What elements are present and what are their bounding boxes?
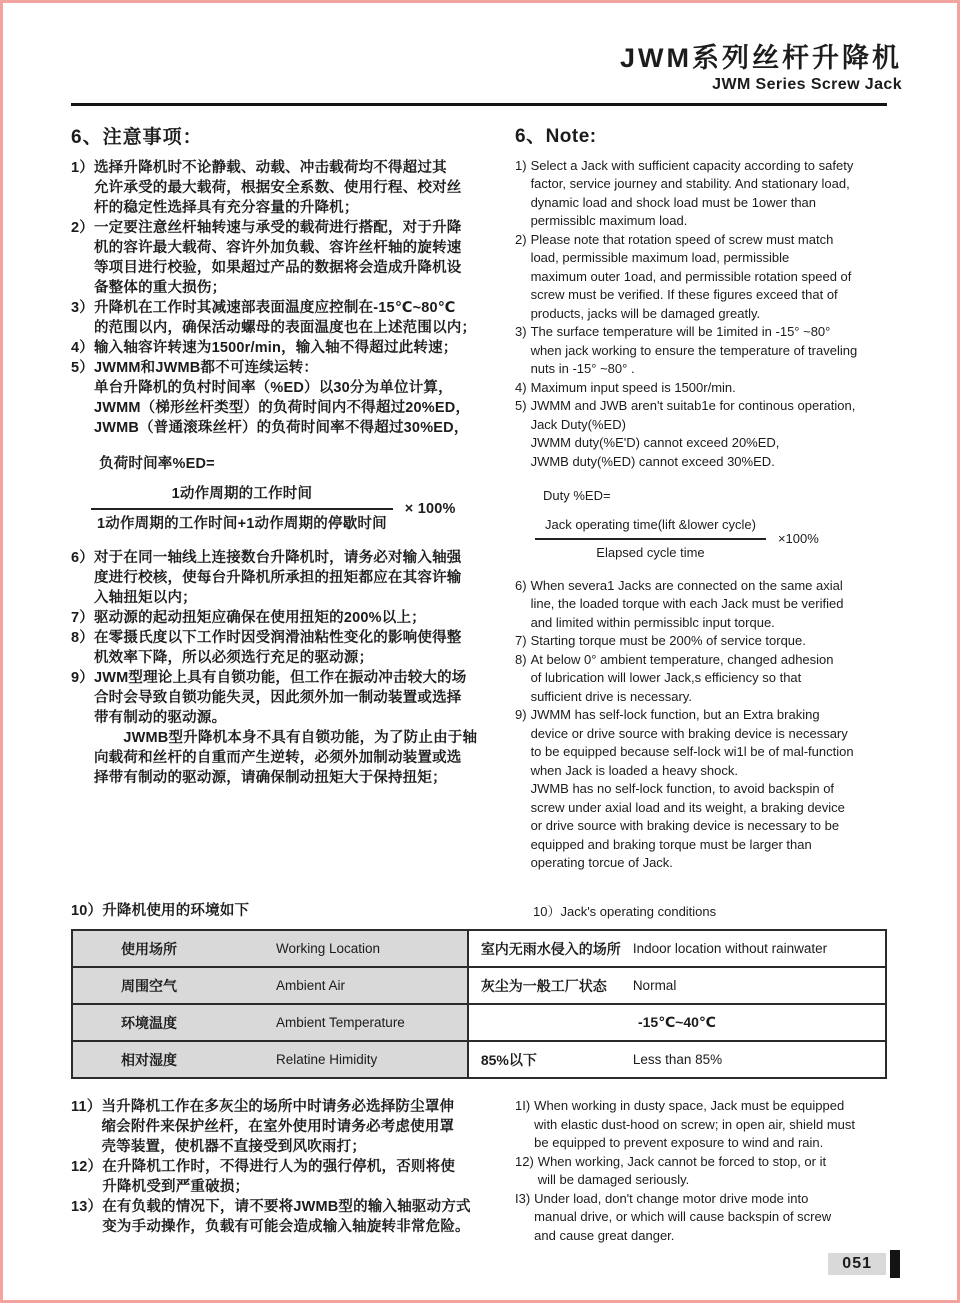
item-number: 5） [71,358,94,378]
item-text: 在零摄氏度以下工作时因受润滑油粘性变化的影响使得整 机效率下降，所以必须选行充足… [94,628,462,668]
table-caption-en: 10）Jack's operating conditions [533,889,902,930]
table-caption-zh: 10）升降机使用的环境如下 [71,887,481,929]
duty-formula-zh: 负荷时间率%ED= 1动作周期的工作时间 1动作周期的工作时间+1动作周期的停歇… [71,454,481,534]
document-page: JWM系列丝杆升降机 JWM Series Screw Jack 6、注意事项：… [0,0,960,1303]
item-text: When severa1 Jacks are connected on the … [531,577,844,633]
item-number: 3） [71,298,94,318]
section-heading-en: 6、Note: [515,128,902,147]
item-text: JWMM and JWB aren't suitab1e for contino… [531,397,856,471]
item-number: 4） [71,338,94,358]
item-number: 9） [71,668,94,688]
section-heading-zh: 6、注意事项： [71,128,481,148]
note-item-zh-6: 6）对于在同一轴线上连接数台升降机时，请务必对输入轴强 度进行校核，使每台升降机… [71,548,481,608]
value-zh: 室内无雨水侵入的场所 [481,939,633,959]
row-value-cell: 85%以下 Less than 85% [469,1042,885,1077]
notes-section-en: 6、Note: 1)Select a Jack with sufficient … [515,126,902,929]
row-label-cell: 相对湿度 Relatine Himidity [73,1042,469,1077]
item-number: 2） [71,218,94,238]
item-number: 9) [515,706,527,725]
fraction-denominator: 1动作周期的工作时间+1动作周期的停歇时间 [91,508,393,534]
item-text: At below 0° ambient temperature, changed… [531,651,834,707]
note-item-zh-11: 11）当升降机工作在多灰尘的场所中时请务必选择防尘罩伸 缩会附件来保护丝杆，在室… [71,1097,481,1157]
value-center: -15℃~40℃ [638,1014,716,1031]
note-item-zh-8: 8）在零摄氏度以下工作时因受润滑油粘性变化的影响使得整 机效率下降，所以必须选行… [71,628,481,668]
row-label-cell: 使用场所 Working Location [73,931,469,966]
fraction: Jack operating time(lift &lower cycle) E… [535,516,766,563]
item-text: Starting torque must be 200% of service … [531,632,806,651]
note-item-zh-3: 3）升降机在工作时其减速部表面温度应控制在-15℃~80℃ 的范围以内，确保活动… [71,298,481,338]
value-en: Indoor location without rainwater [633,941,827,956]
value-en: Normal [633,978,677,993]
label-zh: 使用场所 [121,939,276,959]
duty-formula-en: Duty %ED= Jack operating time(lift &lowe… [515,487,902,563]
operating-conditions-table: 使用场所 Working Location 室内无雨水侵入的场所 Indoor … [71,929,887,1079]
value-zh: 85%以下 [481,1050,633,1070]
table-row-relative-humidity: 相对湿度 Relatine Himidity 85%以下 Less than 8… [73,1042,885,1077]
note-item-en-13: I3)Under load, don't change motor drive … [515,1190,902,1246]
item-text: Select a Jack with sufficient capacity a… [531,157,854,231]
note-item-en-7: 7)Starting torque must be 200% of servic… [515,632,902,651]
row-value-cell: 灰尘为一般工厂状态 Normal [469,968,885,1003]
note-item-zh-13: 13）在有负载的情况下，请不要将JWMB型的输入轴驱动方式 变为手动操作，负载有… [71,1197,481,1237]
item-text: 选择升降机时不论静载、动载、冲击载荷均不得超过其 允许承受的最大载荷，根据安全系… [94,158,462,218]
label-zh: 相对湿度 [121,1050,276,1070]
note-item-en-5: 5)JWMM and JWB aren't suitab1e for conti… [515,397,902,471]
bottom-notes-en: 1I)When working in dusty space, Jack mus… [515,1097,902,1245]
note-item-en-6: 6)When severa1 Jacks are connected on th… [515,577,902,633]
note-item-en-1: 1)Select a Jack with sufficient capacity… [515,157,902,231]
page-title-zh: JWM系列丝杆升降机 [71,43,902,73]
item-number: 8) [515,651,527,670]
item-text: The surface temperature will be 1imited … [531,323,858,379]
item-number: 6) [515,577,527,596]
page-footer: 051 [828,1250,900,1278]
note-item-en-8: 8)At below 0° ambient temperature, chang… [515,651,902,707]
label-en: Ambient Temperature [276,1015,405,1030]
fraction-denominator: Elapsed cycle time [535,538,766,563]
formula-multiplier: × 100% [405,499,456,519]
note-item-zh-2: 2）一定要注意丝杆轴转速与承受的载荷进行搭配，对于升降 机的容许最大载荷、容许外… [71,218,481,298]
item-text: 对于在同一轴线上连接数台升降机时，请务必对输入轴强 度进行校核，使每台升降机所承… [94,548,462,608]
item-number: 4) [515,379,527,398]
label-en: Ambient Air [276,978,345,993]
item-number: 12) [515,1153,534,1172]
formula-label: Duty %ED= [543,487,902,506]
item-number: 12） [71,1157,102,1177]
note-item-en-4: 4)Maximum input speed is 1500r/min. [515,379,902,398]
item-number: 5) [515,397,527,416]
item-number: 11） [71,1097,101,1117]
page-title-en: JWM Series Screw Jack [71,76,902,94]
label-zh: 周围空气 [121,976,276,996]
item-text: When working, Jack cannot be forced to s… [538,1153,826,1190]
value-zh: 灰尘为一般工厂状态 [481,976,633,996]
note-item-zh-5: 5）JWMM和JWMB都不可连续运转： 单台升降机的负村时间率（%ED）以30分… [71,358,481,438]
item-number: 6） [71,548,94,568]
item-number: 8） [71,628,94,648]
note-item-zh-12: 12）在升降机工作时，不得进行人为的强行停机，否则将使 升降机受到严重破损； [71,1157,481,1197]
row-label-cell: 周围空气 Ambient Air [73,968,469,1003]
item-text: JWMM和JWMB都不可连续运转： 单台升降机的负村时间率（%ED）以30分为单… [94,358,470,438]
item-text: Maximum input speed is 1500r/min. [531,379,736,398]
item-number: 1I) [515,1097,530,1116]
page-number-badge: 051 [828,1253,886,1275]
notes-section-zh: 6、注意事项： 1）选择升降机时不论静载、动载、冲击载荷均不得超过其 允许承受的… [71,126,481,929]
page-number-bar [890,1250,900,1278]
row-label-cell: 环境温度 Ambient Temperature [73,1005,469,1040]
formula-multiplier: ×100% [778,530,819,549]
row-value-cell: 室内无雨水侵入的场所 Indoor location without rainw… [469,931,885,966]
note-item-zh-9: 9）JWM型理论上具有自锁功能，但工作在振动冲击较大的场 合时会导致自锁功能失灵… [71,668,481,788]
item-text: 输入轴容许转速为1500r/min，输入轴不得超过此转速； [94,338,458,358]
note-item-zh-1: 1）选择升降机时不论静载、动载、冲击载荷均不得超过其 允许承受的最大载荷，根据安… [71,158,481,218]
item-text: Please note that rotation speed of screw… [531,231,852,324]
table-row-working-location: 使用场所 Working Location 室内无雨水侵入的场所 Indoor … [73,931,885,968]
table-row-ambient-air: 周围空气 Ambient Air 灰尘为一般工厂状态 Normal [73,968,885,1005]
item-number: 1） [71,158,94,178]
bottom-notes-zh: 11）当升降机工作在多灰尘的场所中时请务必选择防尘罩伸 缩会附件来保护丝杆，在室… [71,1097,481,1245]
label-en: Working Location [276,941,380,956]
note-item-en-9: 9)JWMM has self-lock function, but an Ex… [515,706,902,873]
note-item-en-2: 2)Please note that rotation speed of scr… [515,231,902,324]
item-text: JWM型理论上具有自锁功能，但工作在振动冲击较大的场 合时会导致自锁功能失灵，因… [94,668,477,788]
item-text: 升降机在工作时其减速部表面温度应控制在-15℃~80℃ 的范围以内，确保活动螺母… [94,298,476,338]
item-text: When working in dusty space, Jack must b… [534,1097,855,1153]
fraction: 1动作周期的工作时间 1动作周期的工作时间+1动作周期的停歇时间 [91,484,393,534]
row-value-cell: -15℃~40℃ [469,1005,885,1040]
item-number: 1) [515,157,527,176]
item-text: 当升降机工作在多灰尘的场所中时请务必选择防尘罩伸 缩会附件来保护丝杆，在室外使用… [101,1097,454,1157]
value-en: Less than 85% [633,1052,722,1067]
note-item-en-11: 1I)When working in dusty space, Jack mus… [515,1097,902,1153]
note-item-zh-4: 4）输入轴容许转速为1500r/min，输入轴不得超过此转速； [71,338,481,358]
page-header: JWM系列丝杆升降机 JWM Series Screw Jack [3,3,957,94]
note-item-zh-7: 7）驱动源的起动扭矩应确保在使用扭矩的200%以上； [71,608,481,628]
item-number: 13） [71,1197,102,1217]
label-en: Relatine Himidity [276,1052,377,1067]
bottom-notes-columns: 11）当升降机工作在多灰尘的场所中时请务必选择防尘罩伸 缩会附件来保护丝杆，在室… [3,1079,957,1245]
item-number: 2) [515,231,527,250]
item-number: 7） [71,608,94,628]
item-text: Under load, don't change motor drive mod… [534,1190,831,1246]
item-text: 一定要注意丝杆轴转速与承受的载荷进行搭配，对于升降 机的容许最大载荷、容许外加负… [94,218,462,298]
item-number: 3) [515,323,527,342]
note-item-en-12: 12)When working, Jack cannot be forced t… [515,1153,902,1190]
fraction-numerator: 1动作周期的工作时间 [91,484,393,508]
item-text: 在有负载的情况下，请不要将JWMB型的输入轴驱动方式 变为手动操作，负载有可能会… [102,1197,471,1237]
note-item-en-3: 3)The surface temperature will be 1imite… [515,323,902,379]
label-zh: 环境温度 [121,1013,276,1033]
notes-columns: 6、注意事项： 1）选择升降机时不论静载、动载、冲击载荷均不得超过其 允许承受的… [3,106,957,929]
item-text: JWMM has self-lock function, but an Extr… [531,706,854,873]
item-number: I3) [515,1190,530,1209]
table-row-ambient-temperature: 环境温度 Ambient Temperature -15℃~40℃ [73,1005,885,1042]
fraction-numerator: Jack operating time(lift &lower cycle) [535,516,766,539]
item-text: 在升降机工作时，不得进行人为的强行停机，否则将使 升降机受到严重破损； [102,1157,455,1197]
item-text: 驱动源的起动扭矩应确保在使用扭矩的200%以上； [94,608,426,628]
formula-label: 负荷时间率%ED= [99,454,481,474]
item-number: 7) [515,632,527,651]
